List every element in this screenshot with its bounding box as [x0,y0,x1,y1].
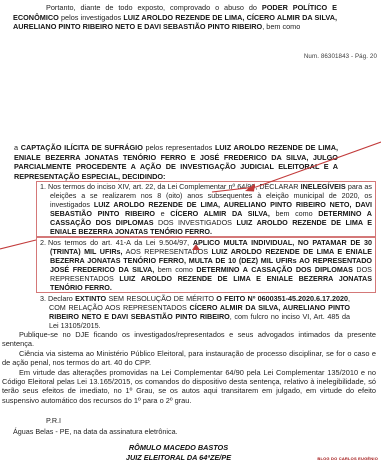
pri-line: P.R.I [46,416,381,426]
publish-paragraph: Publique-se no DJE ficando os investigad… [2,330,376,349]
signature-block: RÔMULO MACEDO BASTOS JUIZ ELEITORAL DA 6… [0,443,357,463]
ministerio-paragraph: Ciência via sistema ao Ministério Públic… [2,349,376,368]
judge-title: JUIZ ELEITORAL DA 64ªZE/PE [0,453,357,463]
captacao-paragraph: a CAPTAÇÃO ILÍCITA DE SUFRÁGIO pelos rep… [14,143,338,181]
page-number-label: Num. 86301843 - Pág. 20 [304,53,377,60]
decision-2-number: 2. [40,238,48,247]
decision-item-1: 1.Nos termos do inciso XIV, art. 22, da … [40,182,372,236]
place-date-line: Águas Belas - PE, na data da assinatura … [13,427,381,437]
intro-paragraph: Portanto, diante de todo exposto, compro… [13,3,337,32]
decision-item-3: 3.Declaro EXTINTO SEM RESOLUÇÃO DE MÉRIT… [40,294,350,330]
decision-item-2: 2.Nos termos do art. 41-A da Lei 9.504/9… [40,238,372,292]
decision-1-number: 1. [40,182,48,191]
judge-name: RÔMULO MACEDO BASTOS [0,443,357,453]
decision-list: 1.Nos termos do inciso XIV, art. 22, da … [36,181,376,330]
left-margin-pointer-line [0,240,36,249]
decision-3-number: 3. [40,294,48,303]
decision-2-red-box: 2.Nos termos do art. 41-A da Lei 9.504/9… [36,237,376,293]
decision-1-red-box: 1.Nos termos do inciso XIV, art. 22, da … [36,181,376,237]
blog-watermark: BLOG DO CARLOS EUGÊNIO [317,456,378,461]
closing-paragraphs: Publique-se no DJE ficando os investigad… [2,330,376,405]
effects-paragraph: Em virtude das alterações promovidas na … [2,368,376,406]
